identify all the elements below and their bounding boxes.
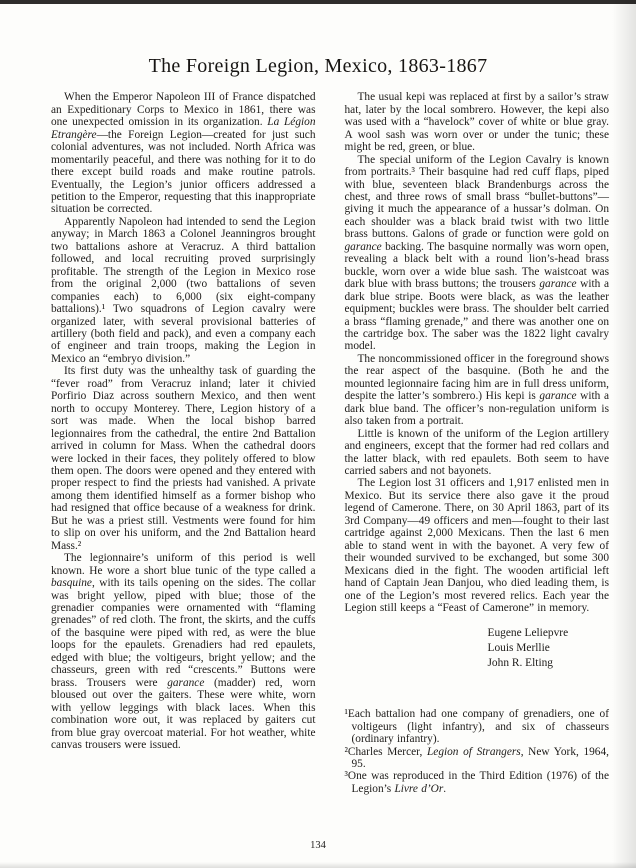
scan-bottom-shadow [0, 862, 636, 868]
author-name: John R. Elting [488, 656, 610, 671]
body-paragraph: The special uniform of the Legion Cavalr… [345, 154, 610, 353]
body-paragraph: The noncommissioned officer in the foreg… [345, 353, 610, 428]
author-credits: Eugene Leliepvre Louis Merllie John R. E… [488, 626, 610, 670]
body-paragraph: Little is known of the uniform of the Le… [345, 428, 610, 478]
footnote: ³One was reproduced in the Third Edition… [345, 770, 610, 795]
body-paragraph: The Legion lost 31 officers and 1,917 en… [345, 477, 610, 614]
body-paragraph: The legionnaire’s uniform of this period… [51, 552, 316, 751]
body-paragraph: When the Emperor Napoleon III of France … [51, 91, 316, 216]
body-paragraph: Its first duty was the unhealthy task of… [51, 365, 316, 552]
footnote: ¹Each battalion had one company of grena… [345, 708, 610, 745]
left-column: When the Emperor Napoleon III of France … [51, 91, 316, 795]
page-number: 134 [0, 840, 636, 851]
text-columns: When the Emperor Napoleon III of France … [51, 91, 609, 795]
footnote: ²Charles Mercer, Legion of Strangers, Ne… [345, 746, 610, 771]
body-paragraph: Apparently Napoleon had intended to send… [51, 216, 316, 365]
scan-right-shadow [612, 0, 636, 868]
body-paragraph: The usual kepi was replaced at first by … [345, 91, 610, 153]
right-column: The usual kepi was replaced at first by … [345, 91, 610, 795]
author-name: Louis Merllie [488, 641, 610, 656]
page-title: The Foreign Legion, Mexico, 1863-1867 [0, 55, 636, 78]
footnotes: ¹Each battalion had one company of grena… [345, 708, 610, 795]
author-name: Eugene Leliepvre [488, 626, 610, 641]
scan-top-edge [0, 0, 636, 4]
